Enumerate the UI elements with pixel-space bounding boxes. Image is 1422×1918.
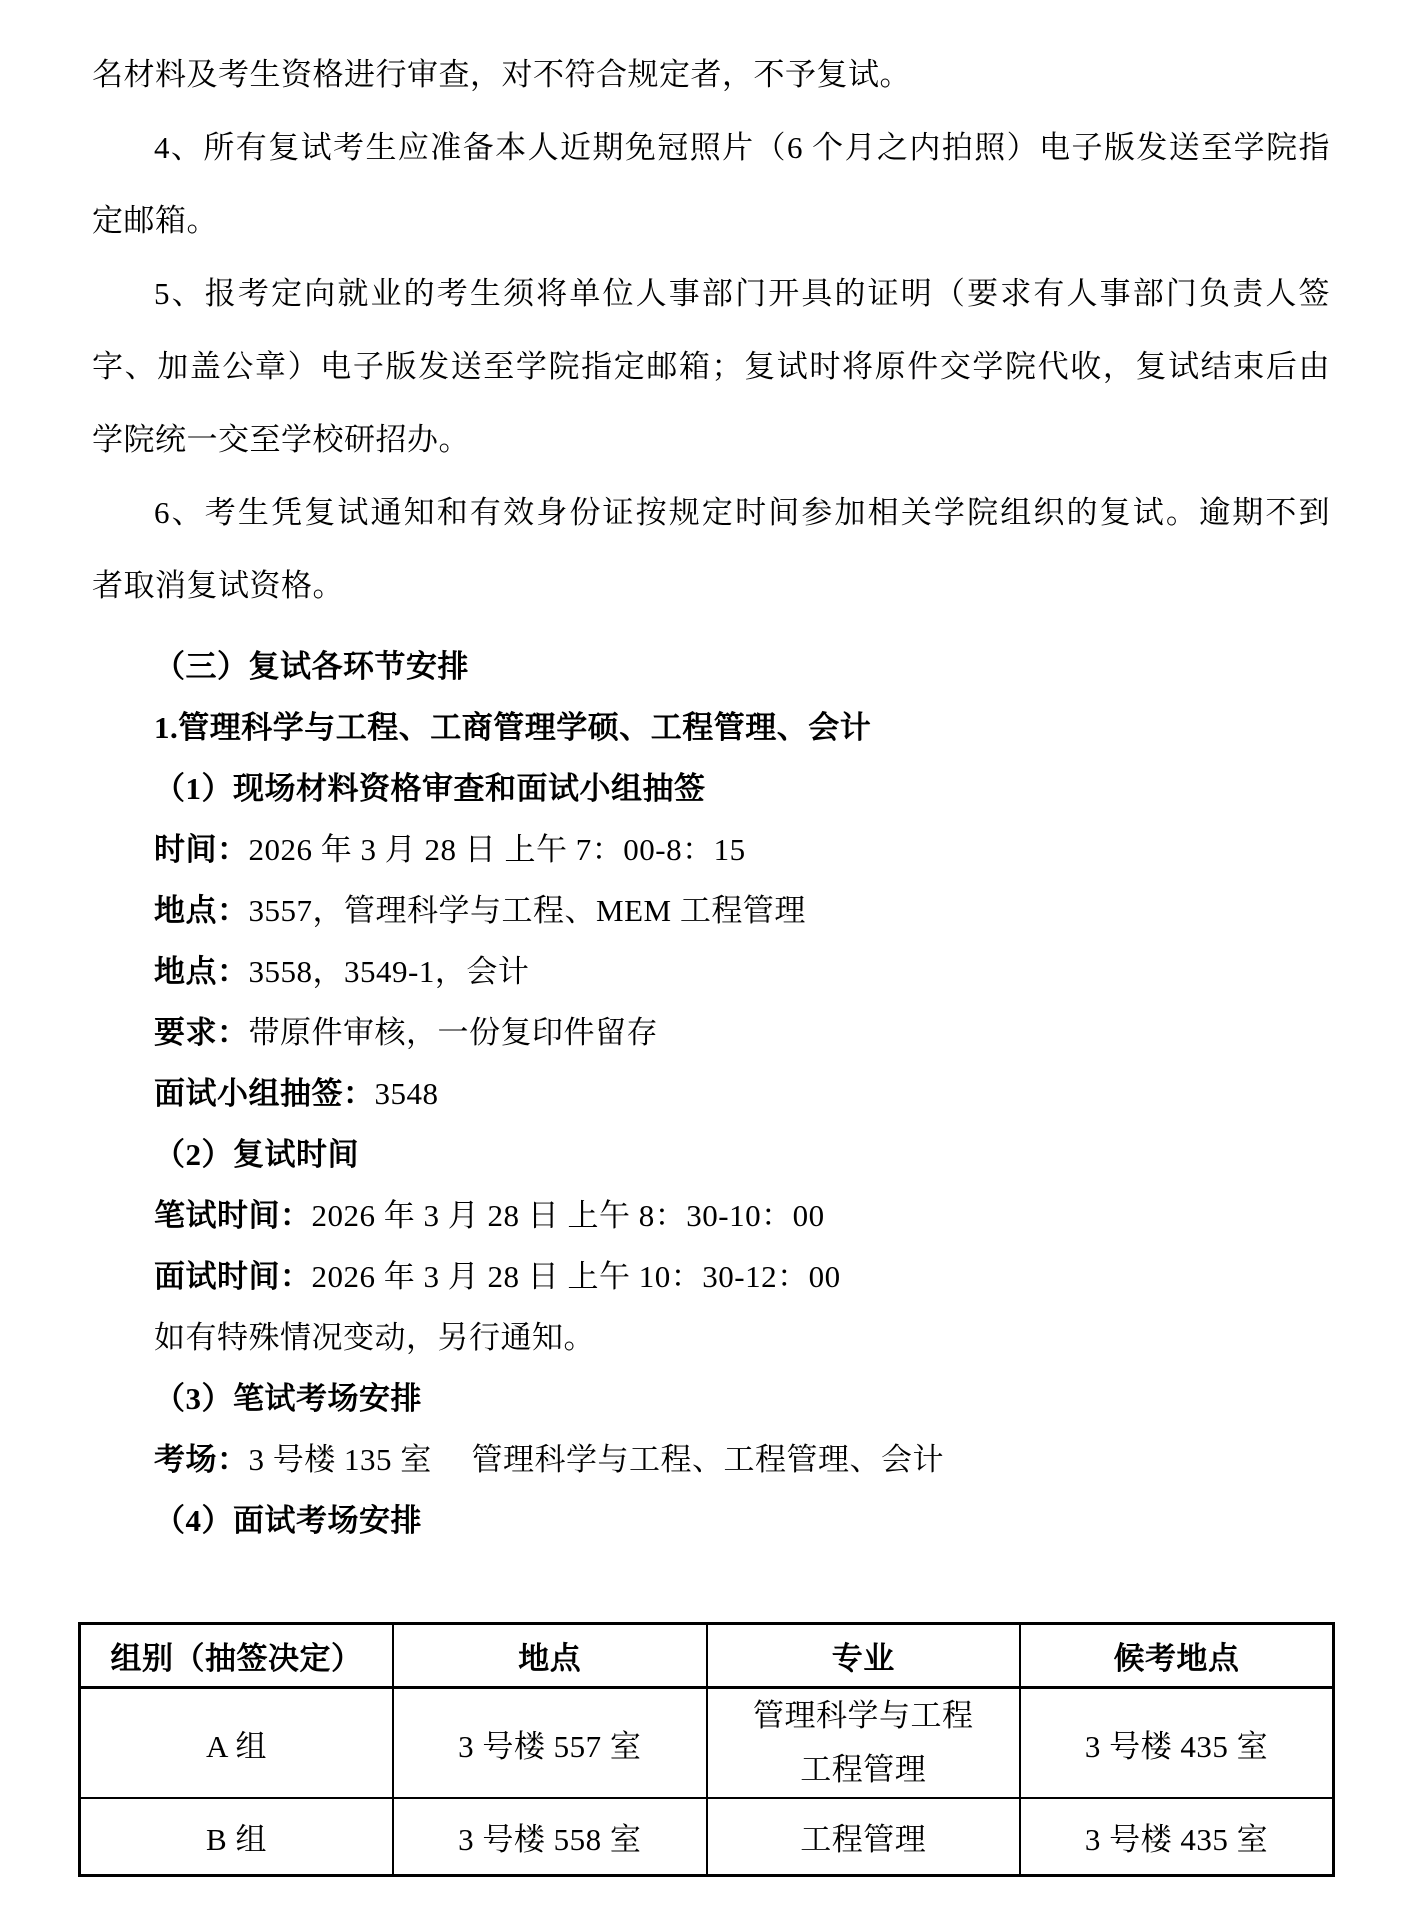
doc-line: 字、加盖公章）电子版发送至学院指定邮箱；复试时将原件交学院代收，复试结束后由 (92, 330, 1330, 403)
table-cell-group: A 组 (80, 1688, 394, 1799)
field-value: 2026 年 3 月 28 日 上午 7：00-8：15 (249, 832, 746, 867)
doc-line: 4、所有复试考生应准备本人近期免冠照片（6 个月之内拍照）电子版发送至学院指 (92, 111, 1330, 184)
table-cell-location: 3 号楼 557 室 (393, 1688, 707, 1799)
major-line: 管理科学与工程 (708, 1689, 1020, 1743)
table-cell-location: 3 号楼 558 室 (393, 1798, 707, 1876)
doc-line: 名材料及考生资格进行审查，对不符合规定者，不予复试。 (92, 38, 1330, 111)
field-value: 3557，管理科学与工程、MEM 工程管理 (249, 893, 806, 928)
table-cell-major: 管理科学与工程 工程管理 (707, 1688, 1021, 1799)
doc-line: 面试小组抽签：3548 (92, 1063, 1330, 1124)
field-label: 时间： (154, 832, 249, 867)
document-page: 名材料及考生资格进行审查，对不符合规定者，不予复试。 4、所有复试考生应准备本人… (0, 0, 1422, 1918)
field-value: 2026 年 3 月 28 日 上午 8：30-10：00 (312, 1198, 825, 1233)
field-label: 面试时间： (154, 1259, 312, 1294)
table-header-location: 地点 (393, 1624, 707, 1688)
doc-line: 学院统一交至学校研招办。 (92, 403, 1330, 476)
table-cell-group: B 组 (80, 1798, 394, 1876)
doc-line: 定邮箱。 (92, 184, 1330, 257)
table-row: B 组 3 号楼 558 室 工程管理 3 号楼 435 室 (80, 1798, 1334, 1876)
field-value: 2026 年 3 月 28 日 上午 10：30-12：00 (312, 1259, 841, 1294)
item-heading: （4）面试考场安排 (92, 1490, 1330, 1551)
interview-room-table: 组别（抽签决定） 地点 专业 候考地点 A 组 3 号楼 557 室 管理科学与… (78, 1622, 1335, 1877)
major-line: 工程管理 (708, 1743, 1020, 1797)
item-heading: （3）笔试考场安排 (92, 1368, 1330, 1429)
table-header-group: 组别（抽签决定） (80, 1624, 394, 1688)
table-header-major: 专业 (707, 1624, 1021, 1688)
field-label: 地点： (154, 954, 249, 989)
doc-line: 者取消复试资格。 (92, 549, 1330, 622)
field-label: 要求： (154, 1015, 249, 1050)
field-label: 面试小组抽签： (154, 1076, 375, 1111)
table-header-waiting: 候考地点 (1020, 1624, 1334, 1688)
table-cell-waiting: 3 号楼 435 室 (1020, 1688, 1334, 1799)
field-label: 笔试时间： (154, 1198, 312, 1233)
field-label: 地点： (154, 893, 249, 928)
section-heading: （三）复试各环节安排 (92, 636, 1330, 697)
doc-line: 5、报考定向就业的考生须将单位人事部门开具的证明（要求有人事部门负责人签 (92, 257, 1330, 330)
item-heading: （1）现场材料资格审查和面试小组抽签 (92, 758, 1330, 819)
doc-line: 地点：3558，3549-1，会计 (92, 941, 1330, 1002)
doc-line: 笔试时间：2026 年 3 月 28 日 上午 8：30-10：00 (92, 1185, 1330, 1246)
doc-line: 面试时间：2026 年 3 月 28 日 上午 10：30-12：00 (92, 1246, 1330, 1307)
doc-line: 考场：3 号楼 135 室 管理科学与工程、工程管理、会计 (92, 1429, 1330, 1490)
field-label: 考场： (154, 1442, 249, 1477)
field-value: 3558，3549-1，会计 (249, 954, 530, 989)
table-row: A 组 3 号楼 557 室 管理科学与工程 工程管理 3 号楼 435 室 (80, 1688, 1334, 1799)
table-header-row: 组别（抽签决定） 地点 专业 候考地点 (80, 1624, 1334, 1688)
doc-line: 地点：3557，管理科学与工程、MEM 工程管理 (92, 880, 1330, 941)
table-cell-waiting: 3 号楼 435 室 (1020, 1798, 1334, 1876)
body-paragraphs: 名材料及考生资格进行审查，对不符合规定者，不予复试。 4、所有复试考生应准备本人… (92, 38, 1330, 622)
subsection-heading: 1.管理科学与工程、工商管理学硕、工程管理、会计 (92, 697, 1330, 758)
field-value: 带原件审核，一份复印件留存 (249, 1015, 659, 1050)
item-heading: （2）复试时间 (92, 1124, 1330, 1185)
doc-line: 要求：带原件审核，一份复印件留存 (92, 1002, 1330, 1063)
arrangement-section: （三）复试各环节安排 1.管理科学与工程、工商管理学硕、工程管理、会计 （1）现… (92, 636, 1330, 1551)
doc-line: 6、考生凭复试通知和有效身份证按规定时间参加相关学院组织的复试。逾期不到 (92, 476, 1330, 549)
field-value: 3 号楼 135 室 管理科学与工程、工程管理、会计 (249, 1442, 945, 1477)
doc-line: 时间：2026 年 3 月 28 日 上午 7：00-8：15 (92, 819, 1330, 880)
table-cell-major: 工程管理 (707, 1798, 1021, 1876)
doc-line: 如有特殊情况变动，另行通知。 (92, 1307, 1330, 1368)
field-value: 3548 (375, 1076, 439, 1111)
